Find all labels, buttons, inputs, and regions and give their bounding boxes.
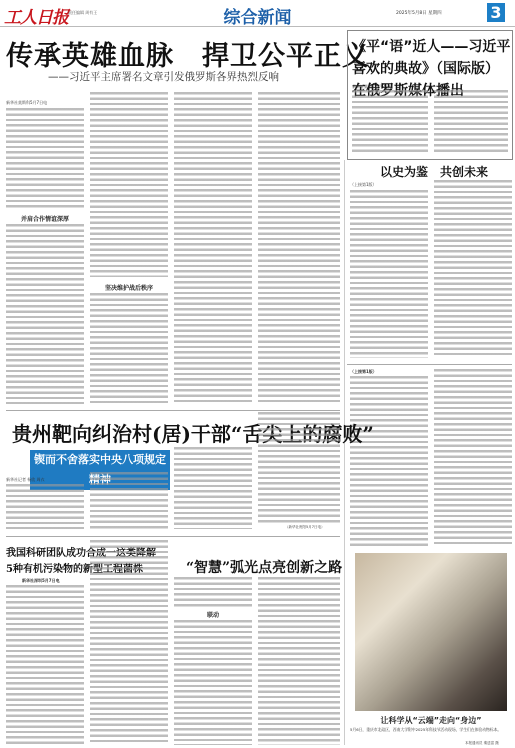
guizhou-body-col1	[6, 484, 84, 529]
guizhou-body-col4	[258, 412, 340, 524]
commentary-body-col1	[350, 190, 428, 358]
divider	[347, 364, 512, 365]
lead-body-col4	[258, 92, 340, 404]
lead-body-col1b	[6, 224, 84, 404]
commentary-body-col2	[434, 180, 512, 358]
shenzhen-byline: 新华社深圳5月7日电	[22, 578, 60, 584]
divider	[6, 536, 340, 537]
photo-credit: 本报通讯员 秦廷富 摄	[465, 741, 499, 746]
lead-body-col3	[174, 92, 252, 404]
innovation-body-col1b	[174, 620, 252, 745]
lead-body-col2	[90, 92, 168, 277]
innovation-headline[interactable]: “智慧”弧光点亮创新之路	[186, 557, 342, 577]
guizhou-byline: 新华社记者 杨欣 周衣	[6, 477, 45, 483]
continued-body-col2	[434, 369, 512, 546]
column-divider	[344, 160, 345, 745]
divider	[6, 410, 340, 411]
lead-subhead-1: 并肩合作情谊深厚	[6, 214, 84, 223]
lead-body-col2b	[90, 293, 168, 403]
continued-body-col1	[350, 376, 428, 546]
guizhou-body-col3	[174, 447, 252, 529]
guizhou-body-col2	[90, 472, 168, 529]
issue-date: 2025年5月8日 星期四	[396, 10, 442, 16]
news-photo[interactable]	[355, 553, 507, 711]
lead-byline: 新华社莫斯科5月7日电	[6, 100, 47, 106]
lead-subheadline: ——习近平主席署名文章引发俄罗斯各界热烈反响	[48, 69, 279, 84]
shenzhen-body-col1	[6, 585, 84, 745]
lead-subhead-2: 坚决维护战后秩序	[90, 283, 168, 292]
guizhou-dateline: （新华社贵阳5月7日电）	[285, 525, 324, 530]
innovation-subhead: 联动	[174, 610, 252, 619]
lead-body-col1	[6, 108, 84, 208]
side-body-col2	[434, 90, 508, 152]
continued-source: （上接第1版）	[350, 369, 377, 375]
commentary-source: （上接第1版）	[350, 182, 377, 188]
commentary-headline[interactable]: 以史为鉴 共创未来	[380, 163, 488, 180]
masthead: 工人日报 责任编辑 周有王 综合新闻 2025年5月8日 星期四 3	[0, 0, 515, 27]
innovation-body-col1a	[174, 577, 252, 607]
innovation-body-col2	[258, 577, 340, 745]
photo-caption-title: 让科学从“云端”走向“身边”	[350, 715, 512, 726]
shenzhen-body-col2	[90, 540, 168, 745]
photo-caption-text: 5月6日，重庆市北碚区，西南大学附中2025年科技节活动现场，学生们在体验动物标…	[350, 727, 512, 732]
side-body-col1	[352, 90, 428, 152]
page-number: 3	[487, 3, 505, 22]
lead-headline[interactable]: 传承英雄血脉 捍卫公平正义	[6, 34, 346, 73]
